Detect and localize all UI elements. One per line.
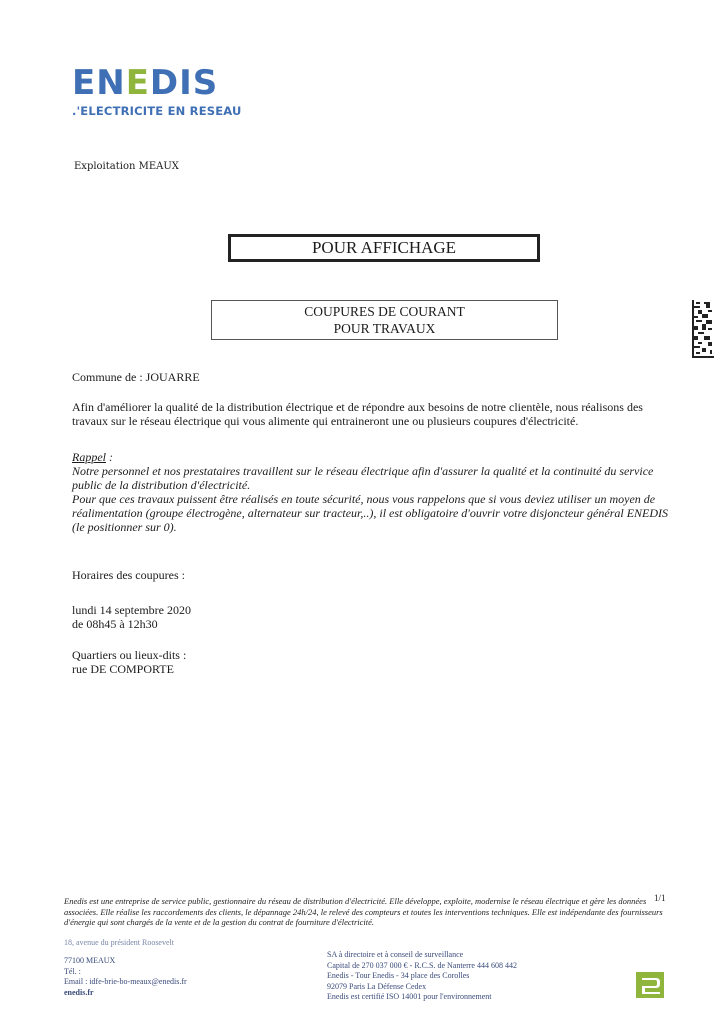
datamatrix-code-icon [692,300,714,358]
schedule: lundi 14 septembre 2020 de 08h45 à 12h30 [72,603,191,631]
title-affichage: POUR AFFICHAGE [228,234,540,262]
footer-city: 77100 MEAUX [64,956,187,967]
logo-wordmark: ENEDIS [72,66,242,100]
footer-legal: SA à directoire et à conseil de surveill… [327,950,517,1003]
legal-line: Enedis est certifié ISO 14001 pour l'env… [327,992,517,1003]
legal-line: 92079 Paris La Défense Cedex [327,982,517,993]
legal-line: Enedis - Tour Enedis - 34 place des Coro… [327,971,517,982]
quartiers-label: Quartiers ou lieux-dits : [72,648,186,662]
exploitation-label: Exploitation MEAUX [74,161,179,172]
enedis-logo: ENEDIS .'ELECTRICITE EN RESEAU [72,66,242,118]
legal-line: SA à directoire et à conseil de surveill… [327,950,517,961]
commune: Commune de : JOUARRE [72,370,200,384]
rappel-section: Rappel : Notre personnel et nos prestata… [72,450,682,534]
scan-side-marks [4,700,14,830]
schedule-date: lundi 14 septembre 2020 [72,603,191,617]
legal-line: Capital de 270 037 000 € - R.C.S. de Nan… [327,961,517,972]
footer-contact: 77100 MEAUX Tél. : Email : idfe-brie-bo-… [64,956,187,998]
footer-tel: Tél. : [64,967,187,978]
rappel-paragraph-1: Notre personnel et nos prestataires trav… [72,464,682,492]
rappel-heading: Rappel : [72,450,682,464]
intro-paragraph: Afin d'améliorer la qualité de la distri… [72,400,678,428]
rappel-title: Rappel [72,450,106,464]
rappel-paragraph-2: Pour que ces travaux puissent être réali… [72,492,682,534]
quartiers-value: rue DE COMPORTE [72,662,186,676]
title-coupures-line1: COUPURES DE COURANT [212,303,557,320]
title-coupures-line2: POUR TRAVAUX [212,320,557,337]
quartiers: Quartiers ou lieux-dits : rue DE COMPORT… [72,648,186,676]
footer-website-link[interactable]: enedis.fr [64,988,187,999]
logo-part-en: EN [72,66,126,100]
logo-tagline: .'ELECTRICITE EN RESEAU [72,104,242,118]
logo-part-dis: DIS [150,66,218,100]
rappel-colon: : [106,450,113,464]
title-coupures: COUPURES DE COURANT POUR TRAVAUX [211,300,558,340]
footer-note: Enedis est une entreprise de service pub… [64,896,674,928]
footer-email[interactable]: Email : idfe-brie-bo-meaux@enedis.fr [64,977,187,988]
footer-street: 18, avenue du président Roosevelt [64,938,174,949]
horaires-label: Horaires des coupures : [72,568,185,582]
schedule-time: de 08h45 à 12h30 [72,617,191,631]
enedis-footer-icon [633,970,667,1000]
logo-part-e: E [126,66,150,100]
